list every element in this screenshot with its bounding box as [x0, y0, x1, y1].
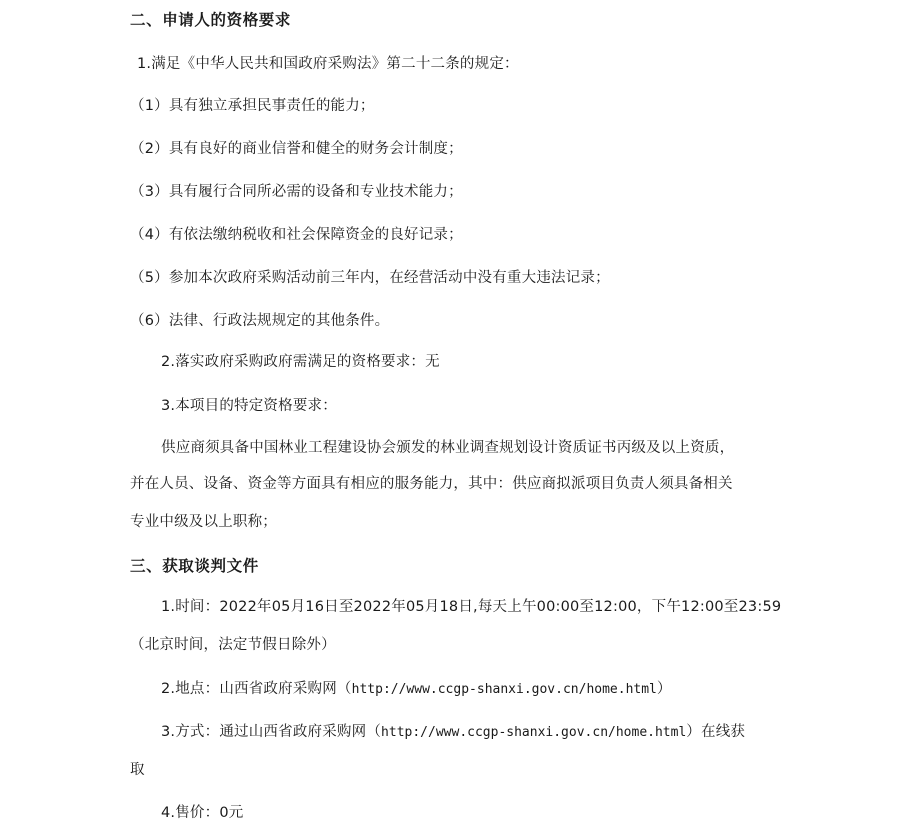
time-line-1: 1.时间：2022年05月16日至2022年05月18日,每天上午00:00至1… [161, 597, 781, 617]
sub-requirement-6: （6）法律、行政法规规定的其他条件。 [130, 311, 389, 331]
method-suffix: ）在线获 [686, 724, 745, 740]
requirement-item-1: 1.满足《中华人民共和国政府采购法》第二十二条的规定： [137, 54, 519, 74]
place-url-link[interactable]: http://www.ccgp-shanxi.gov.cn/home.html [352, 682, 657, 697]
sub-requirement-3: （3）具有履行合同所必需的设备和专业技术能力； [130, 182, 463, 202]
specific-requirement-line-1: 供应商须具备中国林业工程建设协会颁发的林业调查规划设计资质证书丙级及以上资质， [161, 438, 734, 458]
method-url-link[interactable]: http://www.ccgp-shanxi.gov.cn/home.html [381, 725, 686, 740]
section-2-heading: 二、申请人的资格要求 [130, 10, 291, 30]
price-line: 4.售价：0元 [161, 803, 243, 823]
sub-requirement-2: （2）具有良好的商业信誉和健全的财务会计制度； [130, 139, 463, 159]
place-line: 2.地点：山西省政府采购网（http://www.ccgp-shanxi.gov… [161, 679, 672, 700]
sub-requirement-5: （5）参加本次政府采购活动前三年内，在经营活动中没有重大违法记录； [130, 268, 610, 288]
specific-requirement-line-2: 并在人员、设备、资金等方面具有相应的服务能力，其中：供应商拟派项目负责人须具备相… [130, 474, 733, 494]
sub-requirement-4: （4）有依法缴纳税收和社会保障资金的良好记录； [130, 225, 463, 245]
specific-requirement-line-3: 专业中级及以上职称； [130, 512, 277, 532]
requirement-item-3: 3.本项目的特定资格要求： [161, 396, 337, 416]
method-label: 3.方式：通过山西省政府采购网（ [161, 724, 381, 740]
place-label: 2.地点：山西省政府采购网（ [161, 681, 352, 697]
section-3-heading: 三、获取谈判文件 [130, 556, 259, 576]
requirement-item-2: 2.落实政府采购政府需满足的资格要求：无 [161, 352, 440, 372]
time-line-2: （北京时间，法定节假日除外） [130, 635, 336, 655]
place-suffix: ） [657, 681, 672, 697]
sub-requirement-1: （1）具有独立承担民事责任的能力； [130, 96, 375, 116]
method-line-2: 取 [130, 760, 145, 780]
method-line-1: 3.方式：通过山西省政府采购网（http://www.ccgp-shanxi.g… [161, 722, 745, 743]
